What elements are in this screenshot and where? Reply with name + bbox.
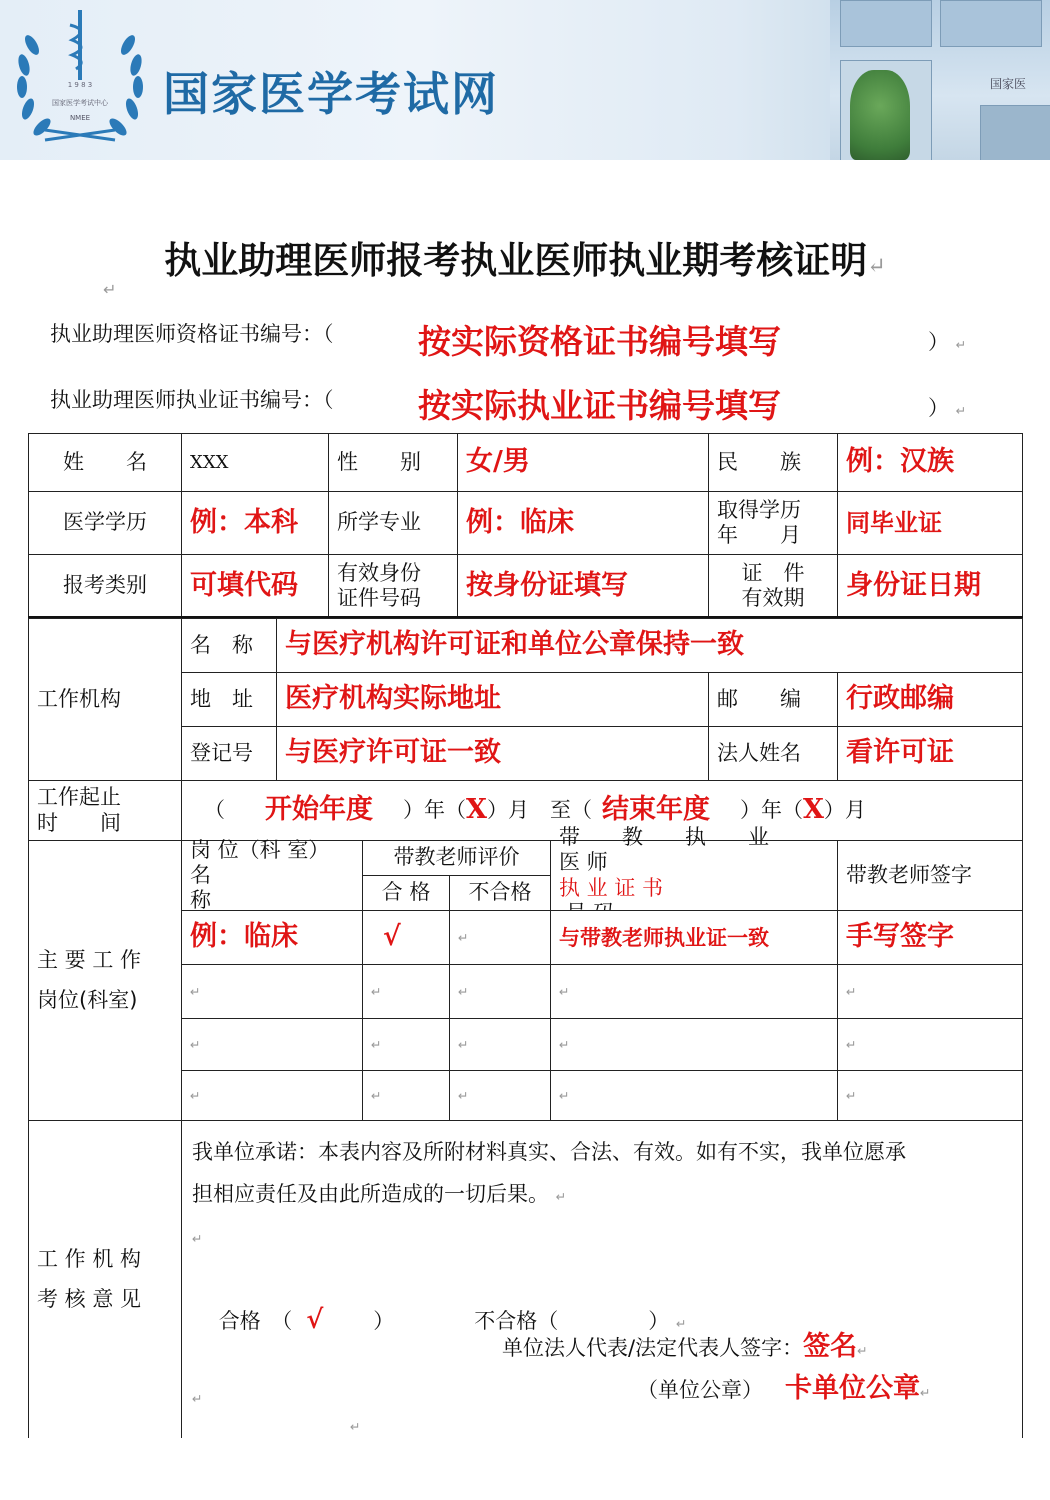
institution-section-label: 工作机构 [28, 618, 182, 781]
postcode-label: 邮 编 [708, 672, 838, 727]
post-row-4-post[interactable]: ↵ [181, 1070, 363, 1121]
opinion-section-label: 工 作 机 构考 核 意 见 [28, 1120, 182, 1438]
legal-person-label: 法人姓名 [708, 726, 838, 781]
institution-address-label: 地 址 [181, 672, 277, 727]
post-row-2-sign[interactable]: ↵ [837, 964, 1023, 1019]
cert-qualification-close: ） ↵ [928, 326, 966, 356]
post-row-2-pass[interactable]: ↵ [362, 964, 450, 1019]
post-row-3-sign[interactable]: ↵ [837, 1018, 1023, 1071]
post-row-1-pass[interactable]: √ [362, 910, 450, 965]
work-period-label: 工作起止时 间 [28, 780, 182, 841]
gender-field[interactable]: 女/男 [457, 433, 709, 492]
pilcrow-icon: ↵ [867, 253, 886, 279]
post-row-1-sign[interactable]: 手写签字 [837, 910, 1023, 965]
col-header-teacher-sign: 带教老师签字 [837, 840, 1023, 911]
ethnicity-label: 民 族 [708, 433, 838, 492]
name-field[interactable]: XXX [181, 433, 329, 492]
name-label: 姓 名 [28, 433, 182, 492]
end-year: 结束年度 [602, 794, 710, 826]
site-banner: 国家医 1 9 8 3 国家医学考试中心 NMEE 国家医学考试网 [0, 0, 1050, 160]
post-row-2-post[interactable]: ↵ [181, 964, 363, 1019]
cert-qualification-text: 按实际资格证书编号填写 [418, 322, 781, 361]
cert-qualification-value[interactable]: 按实际资格证书编号填写 [418, 316, 781, 363]
registration-label: 登记号 [181, 726, 277, 781]
postcode-field[interactable]: 行政邮编 [837, 672, 1023, 727]
edu-date-field[interactable]: 同毕业证 [837, 491, 1023, 555]
post-row-2-cert[interactable]: ↵ [550, 964, 838, 1019]
post-row-1-cert[interactable]: 与带教老师执业证一致 [550, 910, 838, 965]
building-sign: 国家医 [990, 75, 1026, 92]
post-row-1-post[interactable]: 例：临床 [181, 910, 363, 965]
col-header-fail: 不合格 [449, 875, 551, 911]
post-row-3-pass[interactable]: ↵ [362, 1018, 450, 1071]
institution-name-label: 名 称 [181, 618, 277, 673]
education-label: 医学学历 [28, 491, 182, 555]
registration-field[interactable]: 与医疗许可证一致 [276, 726, 709, 781]
building-photo: 国家医 [830, 0, 1050, 160]
opinion-content: 我单位承诺：本表内容及所附材料真实、合法、有效。如有不实，我单位愿承 担相应责任… [181, 1120, 1023, 1438]
post-row-2-fail[interactable]: ↵ [449, 964, 551, 1019]
document-title-text: 执业助理医师报考执业医师执业期考核证明 [164, 238, 867, 282]
post-row-4-sign[interactable]: ↵ [837, 1070, 1023, 1121]
cert-practice-value[interactable]: 按实际执业证书编号填写 [418, 380, 781, 427]
major-label: 所学专业 [328, 491, 458, 555]
pledge-text: 我单位承诺：本表内容及所附材料真实、合法、有效。如有不实，我单位愿承 担相应责任… [192, 1131, 1012, 1260]
start-month: X [466, 794, 487, 826]
gender-label: 性 别 [328, 433, 458, 492]
edu-date-label: 取得学历年 月 [708, 491, 838, 555]
institution-address-field[interactable]: 医疗机构实际地址 [276, 672, 709, 727]
education-field[interactable]: 例：本科 [181, 491, 329, 555]
post-row-3-post[interactable]: ↵ [181, 1018, 363, 1071]
tree-image [850, 70, 910, 160]
document-title: 执业助理医师报考执业医师执业期考核证明↵ [0, 230, 1050, 284]
end-month: X [803, 794, 824, 826]
seal-line: （单位公章）卡单位公章↵ [637, 1373, 931, 1405]
col-header-post: 岗 位（科 室）名称 [181, 840, 363, 911]
cert-practice-label: 执业助理医师执业证书编号：（ [50, 388, 334, 412]
col-header-pass: 合 格 [362, 875, 450, 911]
site-title: 国家医学考试网 [163, 58, 499, 124]
id-validity-label: 证 件有效期 [708, 554, 838, 618]
id-validity-field[interactable]: 身份证日期 [837, 554, 1023, 618]
svg-text:NMEE: NMEE [70, 114, 90, 122]
legal-person-field[interactable]: 看许可证 [837, 726, 1023, 781]
col-header-evaluation: 带教老师评价 [362, 840, 551, 876]
post-row-1-fail[interactable]: ↵ [449, 910, 551, 965]
posts-section-label: 主 要 工 作岗位(科室) [28, 840, 182, 1121]
start-year: 开始年度 [265, 794, 373, 826]
pilcrow-icon: ↵ [350, 1419, 361, 1434]
post-row-4-pass[interactable]: ↵ [362, 1070, 450, 1121]
institution-name-field[interactable]: 与医疗机构许可证和单位公章保持一致 [276, 618, 1023, 673]
col-header-teacher-cert: 带 教 执 业医 师 执 业 证 书 号 码 [550, 840, 838, 911]
post-row-3-fail[interactable]: ↵ [449, 1018, 551, 1071]
major-field[interactable]: 例：临床 [457, 491, 709, 555]
pass-check-mark[interactable]: √ [306, 1305, 323, 1335]
pilcrow-icon: ↵ [103, 280, 116, 299]
post-row-4-fail[interactable]: ↵ [449, 1070, 551, 1121]
exam-type-field[interactable]: 可填代码 [181, 554, 329, 618]
id-number-label: 有效身份证件号码 [328, 554, 458, 618]
exam-type-label: 报考类别 [28, 554, 182, 618]
cert-practice-close: ） ↵ [928, 392, 966, 422]
post-row-3-cert[interactable]: ↵ [550, 1018, 838, 1071]
signature-line: 单位法人代表/法定代表人签字：签名↵ [502, 1331, 868, 1363]
cert-qualification-line: 执业助理医师资格证书编号：（ [50, 318, 334, 348]
svg-text:国家医学考试中心: 国家医学考试中心 [52, 98, 109, 107]
signature-field[interactable]: 签名 [803, 1331, 857, 1362]
cert-qualification-label: 执业助理医师资格证书编号：（ [50, 322, 334, 346]
seal-field[interactable]: 卡单位公章 [785, 1373, 920, 1404]
cert-practice-text: 按实际执业证书编号填写 [418, 386, 781, 425]
ethnicity-field[interactable]: 例：汉族 [837, 433, 1023, 492]
svg-text:1 9 8 3: 1 9 8 3 [68, 81, 93, 89]
post-row-4-cert[interactable]: ↵ [550, 1070, 838, 1121]
cert-practice-line: 执业助理医师执业证书编号：（ [50, 384, 334, 414]
nmee-logo-icon: 1 9 8 3 国家医学考试中心 NMEE [10, 5, 150, 150]
id-number-field[interactable]: 按身份证填写 [457, 554, 709, 618]
opinion-result: 合格 （√）不合格（） ↵ [192, 1260, 1012, 1384]
